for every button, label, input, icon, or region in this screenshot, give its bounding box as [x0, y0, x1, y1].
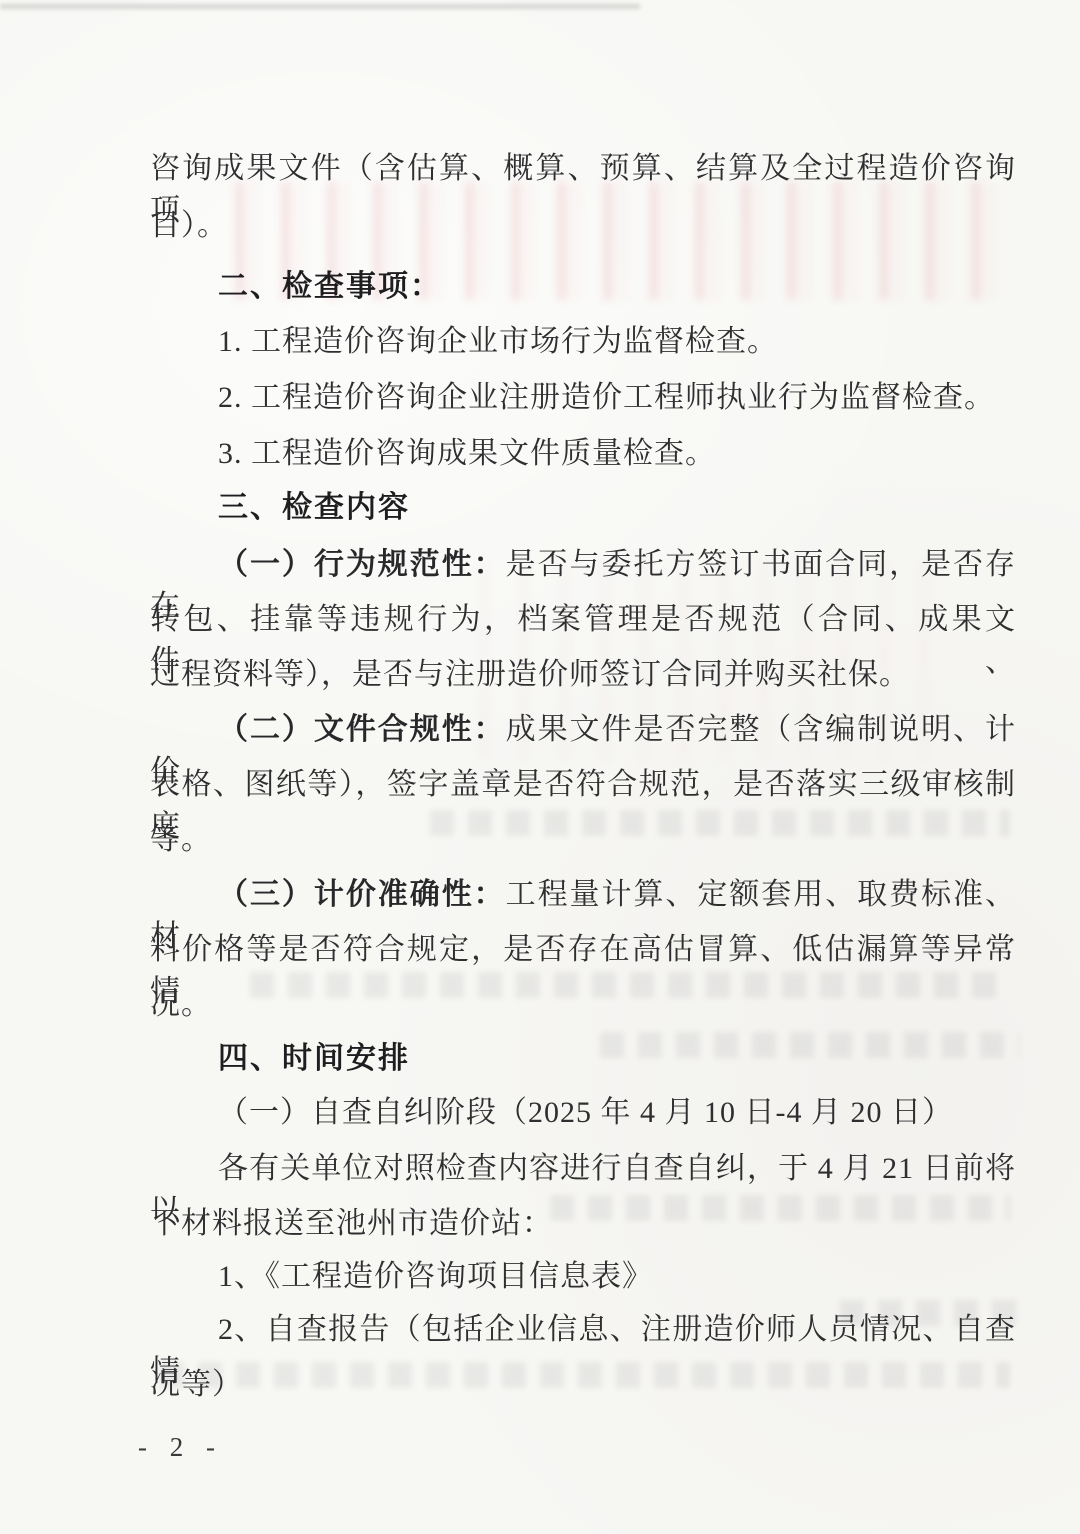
scanned-document-page: 咨询成果文件（含估算、概算、预算、结算及全过程造价咨询项 目）。 二、检查事项：…: [0, 0, 1080, 1534]
section-heading: 四、时间安排: [150, 1038, 1016, 1080]
text-line: 过程资料等），是否与注册造价师签订合同并购买社保。: [150, 654, 1016, 696]
list-item: 1. 工程造价咨询企业市场行为监督检查。: [150, 321, 1016, 363]
text-line: 等。: [150, 819, 1016, 861]
list-item: 1、《工程造价咨询项目信息表》: [150, 1256, 1016, 1298]
page-number: - 2 -: [138, 1432, 223, 1463]
text-line: 况。: [150, 984, 1016, 1026]
subsection-heading: （一）自查自纠阶段（2025 年 4 月 10 日-4 月 20 日）: [150, 1092, 1016, 1134]
section-heading: 二、检查事项：: [150, 266, 1016, 308]
section-heading: 三、检查内容: [150, 487, 1016, 529]
list-item: 3. 工程造价咨询成果文件质量检查。: [150, 433, 1016, 475]
text-line: 下材料报送至池州市造价站：: [150, 1203, 1016, 1245]
list-item: 2. 工程造价咨询企业注册造价工程师执业行为监督检查。: [150, 377, 1016, 419]
text-line: 况等）: [150, 1364, 1016, 1406]
scan-edge-artifact: [0, 4, 640, 9]
text-line: 目）。: [150, 205, 1016, 247]
